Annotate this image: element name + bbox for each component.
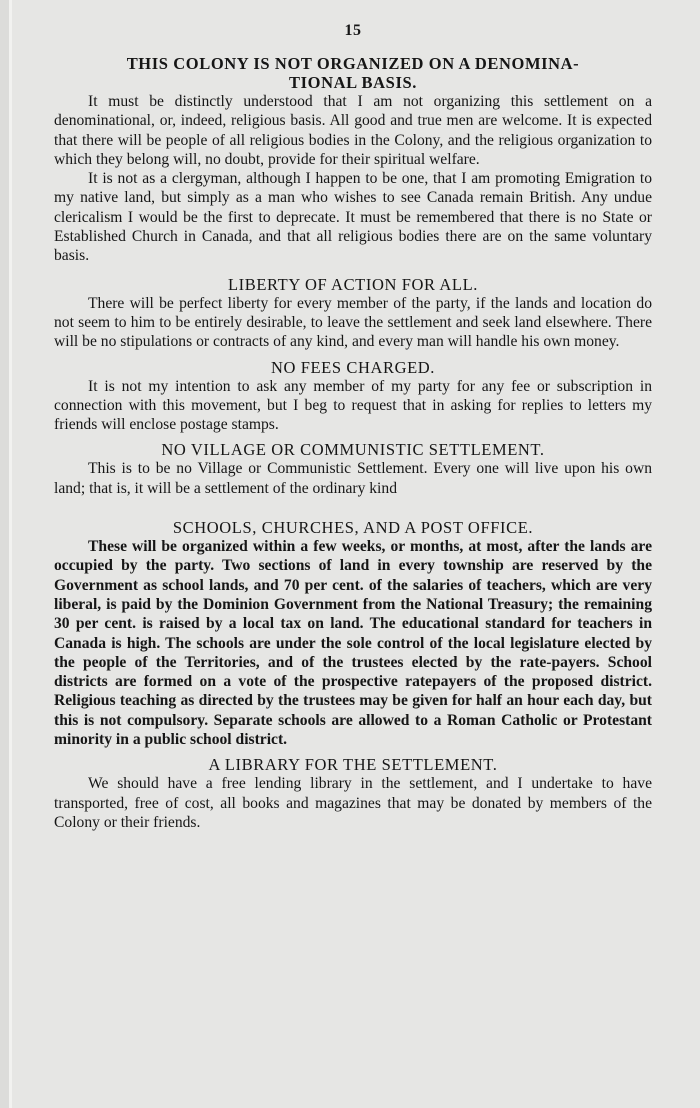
page-edge-highlight — [9, 0, 12, 1108]
section-heading: THIS COLONY IS NOT ORGANIZED ON A DENOMI… — [54, 54, 652, 92]
page-number: 15 — [54, 22, 652, 40]
section-no-fees: NO FEES CHARGED. It is not my intention … — [54, 358, 652, 435]
heading-line-2: TIONAL BASIS. — [289, 73, 417, 92]
section-paragraph: It is not as a clergyman, although I hap… — [54, 169, 652, 265]
page-edge-shadow — [0, 0, 9, 1108]
section-schools-churches-post-office: SCHOOLS, CHURCHES, AND A POST OFFICE. Th… — [54, 518, 652, 749]
document-page: 15 THIS COLONY IS NOT ORGANIZED ON A DEN… — [54, 22, 652, 838]
heading-line-1: THIS COLONY IS NOT ORGANIZED ON A DENOMI… — [127, 54, 580, 73]
section-paragraph: These will be organized within a few wee… — [54, 537, 652, 749]
section-paragraph: This is to be no Village or Communistic … — [54, 459, 652, 498]
section-heading: SCHOOLS, CHURCHES, AND A POST OFFICE. — [54, 518, 652, 537]
section-not-denominational: THIS COLONY IS NOT ORGANIZED ON A DENOMI… — [54, 54, 652, 266]
section-heading: NO VILLAGE OR COMMUNISTIC SETTLEMENT. — [54, 440, 652, 459]
section-paragraph: It must be distinctly understood that I … — [54, 92, 652, 169]
section-paragraph: It is not my intention to ask any member… — [54, 377, 652, 435]
section-paragraph: We should have a free lending library in… — [54, 774, 652, 832]
section-no-village: NO VILLAGE OR COMMUNISTIC SETTLEMENT. Th… — [54, 440, 652, 498]
section-heading: LIBERTY OF ACTION FOR ALL. — [54, 275, 652, 294]
section-heading: A LIBRARY FOR THE SETTLEMENT. — [54, 755, 652, 774]
section-liberty-of-action: LIBERTY OF ACTION FOR ALL. There will be… — [54, 275, 652, 352]
section-paragraph: There will be perfect liberty for every … — [54, 294, 652, 352]
section-heading: NO FEES CHARGED. — [54, 358, 652, 377]
section-library: A LIBRARY FOR THE SETTLEMENT. We should … — [54, 755, 652, 832]
